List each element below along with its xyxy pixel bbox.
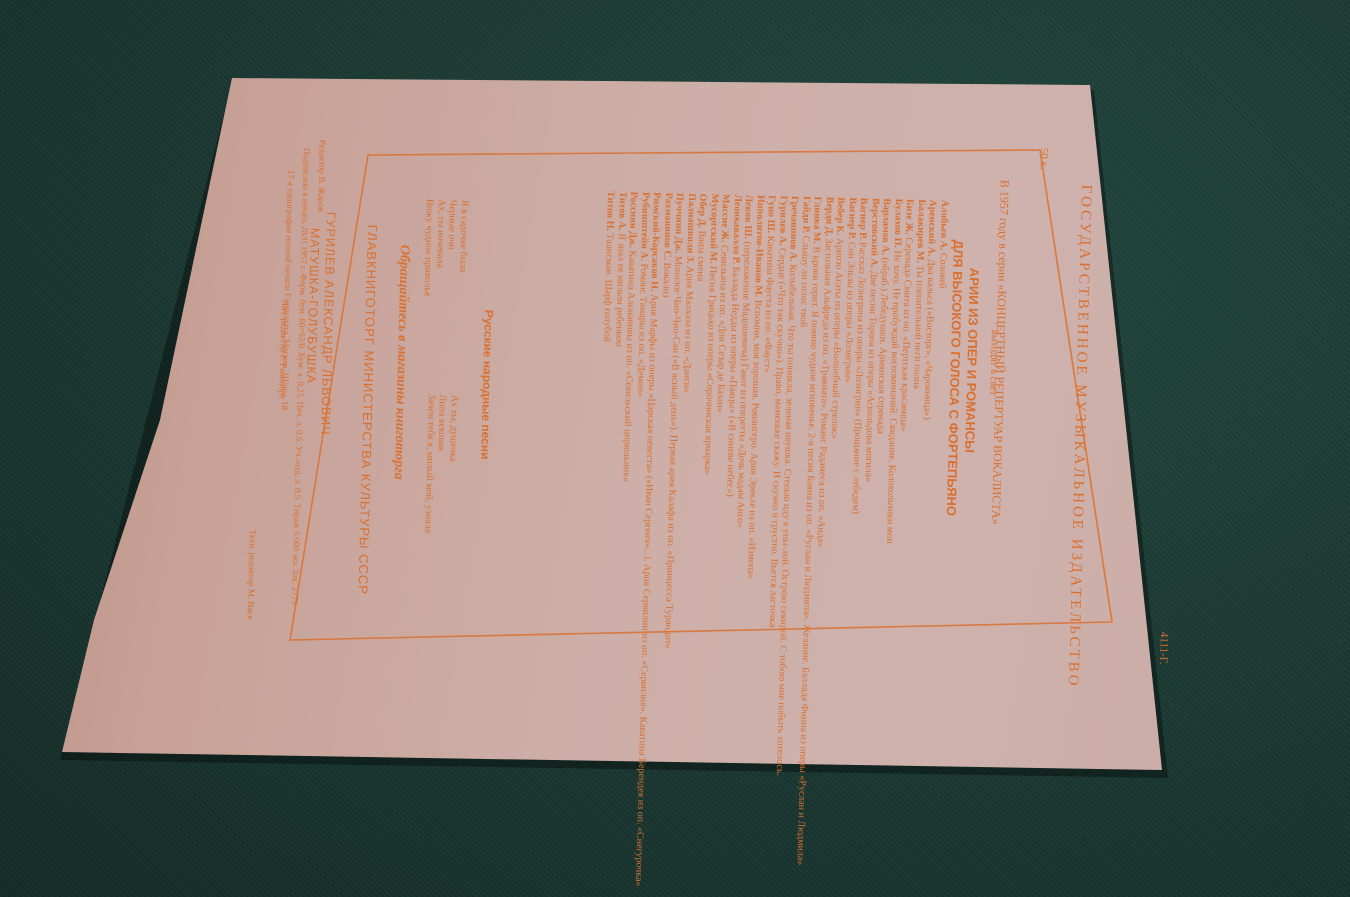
works-list: Вокализ bbox=[660, 262, 672, 297]
composer-name: Титов Н. bbox=[605, 191, 617, 231]
composer-name: Балакирев М. bbox=[914, 199, 927, 263]
composer-name: Аренский А. bbox=[926, 199, 938, 256]
imprint-editor: Редактор В. Жаров bbox=[316, 140, 328, 212]
composer-name: Обер Д. bbox=[697, 193, 709, 228]
composer-name: Варламов А. bbox=[880, 198, 892, 255]
composer-name: Россини Дж. bbox=[627, 192, 639, 248]
composer-name: Титов А. bbox=[616, 191, 628, 231]
composer-name: Мусоргский М. bbox=[707, 194, 720, 264]
composer-name: Верди Д. bbox=[823, 197, 835, 237]
publisher-name: ГОСУДАРСТВЕННОЕ МУЗЫКАЛЬНОЕ ИЗДАТЕЛЬСТВО bbox=[1064, 185, 1094, 689]
composer-name: Пуччини Дж. bbox=[673, 193, 686, 254]
composer-name: Рахманинов С. bbox=[661, 192, 674, 260]
works-list: Ваша смена bbox=[695, 230, 707, 281]
composer-name: Гуно Ш. bbox=[766, 195, 778, 233]
composer-name: Леонкавалло Р. bbox=[730, 194, 743, 264]
composer-name: Глинка М. bbox=[811, 196, 823, 244]
composer-name: Булахов П. bbox=[892, 199, 904, 249]
composer-name: Верстовский А. bbox=[868, 198, 881, 268]
price-label: 50 к. bbox=[1037, 148, 1050, 170]
composer-name: Рубинштейн А. bbox=[638, 192, 651, 261]
works-list: Соловей bbox=[937, 253, 949, 289]
composer-name: Гречанинов А. bbox=[788, 196, 801, 262]
announcement-line-2: выходят в свет bbox=[986, 330, 1000, 396]
composer-name: Вагнер Р. bbox=[846, 197, 858, 239]
composer-name: Лекок Ш. bbox=[742, 195, 754, 239]
repertoire-list: Алябьев А. СоловейАренский А. Два вальса… bbox=[592, 191, 950, 720]
call-to-action: Обращайтесь в магазины книготорга bbox=[390, 245, 412, 480]
imprint-printer: 17-я типография нотной печати Главиздата… bbox=[280, 170, 296, 410]
composer-name: Вагнер Р. bbox=[857, 198, 869, 240]
imprint-tech-editor: Техн. редактор М. Вася bbox=[246, 530, 258, 620]
catalog-code: 4111-Г. bbox=[1157, 632, 1170, 665]
composer-name: Гайдн Р. bbox=[800, 196, 812, 233]
composer-name: Вебер К. bbox=[835, 197, 847, 236]
composer-name: Алябьев А. bbox=[938, 200, 950, 251]
distributor: ГЛАВКНИГОТОРГ МИНИСТЕРСТВА КУЛЬТУРЫ СССР bbox=[355, 225, 380, 596]
composer-name: Массне Ж. bbox=[719, 194, 731, 243]
folk-songs-column-1: Я в садочке была Черные очи Ах, ты ночев… bbox=[421, 199, 470, 298]
composer-name: Бизе Ж. bbox=[904, 199, 916, 235]
collection-title-line-1: АРИИ ИЗ ОПЕР И РОМАНСЫ bbox=[962, 268, 982, 453]
folk-songs-column-2: Ах ты, душечка Липа вековая Зачем тебя я… bbox=[422, 394, 460, 534]
folk-songs-heading: Русские народные песни bbox=[478, 310, 496, 460]
composer-name: Гурилев А. bbox=[777, 195, 789, 245]
printed-content: 50 к. ГОСУДАРСТВЕННОЕ МУЗЫКАЛЬНОЕ ИЗДАТЕ… bbox=[0, 0, 1350, 897]
composer-name: Палиашвили З. bbox=[684, 193, 697, 264]
folk-song: Я в садочке была bbox=[456, 200, 470, 298]
